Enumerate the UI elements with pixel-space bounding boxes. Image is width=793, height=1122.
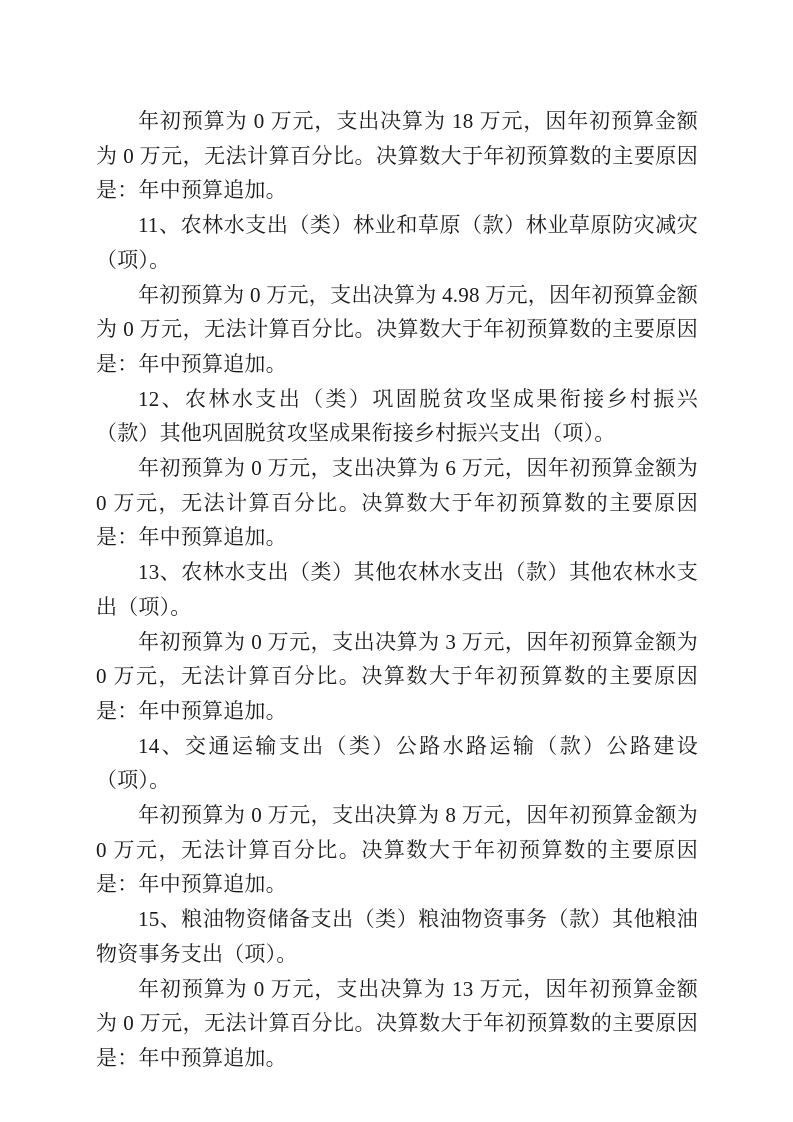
document-page: 年初预算为 0 万元，支出决算为 18 万元，因年初预算金额为 0 万元，无法计… — [0, 0, 793, 1122]
para-item12-note: 年初预算为 0 万元，支出决算为 6 万元，因年初预算金额为 0 万元，无法计算… — [96, 451, 698, 555]
para-item11-note: 年初预算为 0 万元，支出决算为 4.98 万元，因年初预算金额为 0 万元，无… — [96, 278, 698, 382]
para-item15-heading: 15、粮油物资储备支出（类）粮油物资事务（款）其他粮油物资事务支出（项）。 — [96, 902, 698, 971]
para-item12-heading: 12、农林水支出（类）巩固脱贫攻坚成果衔接乡村振兴（款）其他巩固脱贫攻坚成果衔接… — [96, 382, 698, 451]
document-body: 年初预算为 0 万元，支出决算为 18 万元，因年初预算金额为 0 万元，无法计… — [96, 104, 698, 1076]
para-item15-note: 年初预算为 0 万元，支出决算为 13 万元，因年初预算金额为 0 万元，无法计… — [96, 972, 698, 1076]
para-item10-note: 年初预算为 0 万元，支出决算为 18 万元，因年初预算金额为 0 万元，无法计… — [96, 104, 698, 208]
para-item14-note: 年初预算为 0 万元，支出决算为 8 万元，因年初预算金额为 0 万元，无法计算… — [96, 798, 698, 902]
para-item11-heading: 11、农林水支出（类）林业和草原（款）林业草原防灾减灾（项）。 — [96, 208, 698, 277]
para-item14-heading: 14、交通运输支出（类）公路水路运输（款）公路建设（项）。 — [96, 729, 698, 798]
para-item13-heading: 13、农林水支出（类）其他农林水支出（款）其他农林水支出（项）。 — [96, 555, 698, 624]
para-item13-note: 年初预算为 0 万元，支出决算为 3 万元，因年初预算金额为 0 万元，无法计算… — [96, 625, 698, 729]
